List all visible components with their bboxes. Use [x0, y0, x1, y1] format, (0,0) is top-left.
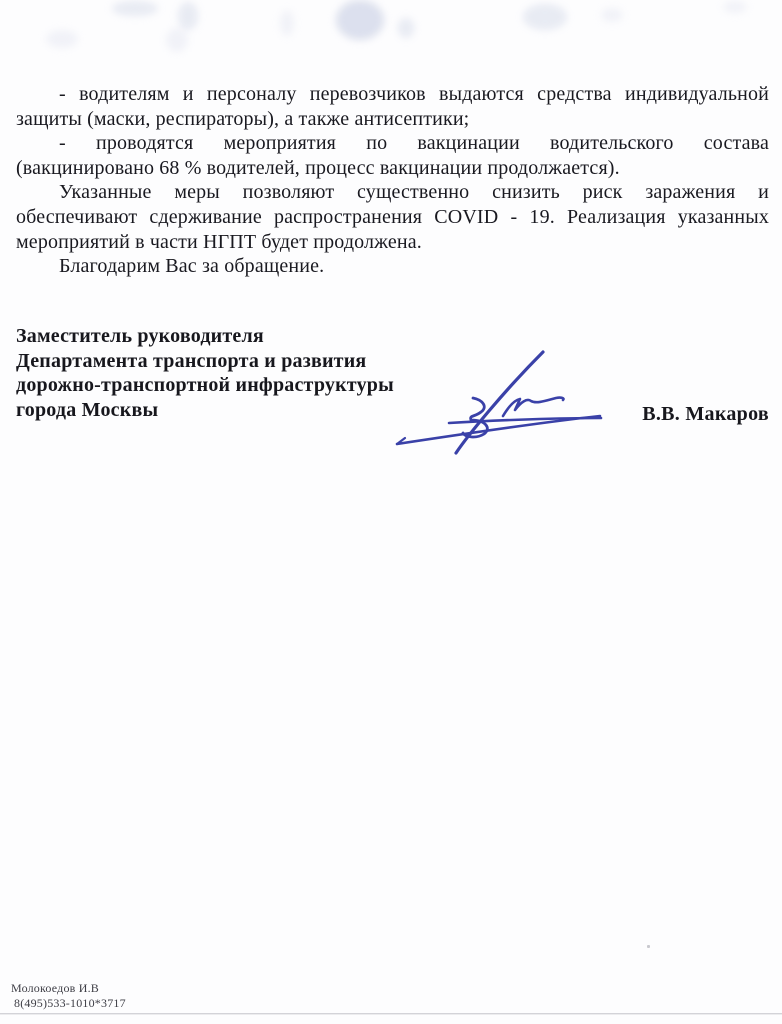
signer-title-block: Заместитель руководителя Департамента тр… [16, 324, 446, 422]
body-line: Благодарим Вас за обращение. [16, 254, 769, 279]
scan-artifact [46, 30, 78, 48]
handwritten-signature-icon [393, 340, 611, 462]
signer-title-line: города Москвы [16, 398, 446, 423]
body-line: обеспечивают сдерживание распространения… [16, 205, 769, 230]
scan-artifact [112, 1, 158, 16]
scan-artifact [398, 18, 414, 38]
body-line: - водителям и персоналу перевозчиков выд… [16, 82, 769, 107]
executor-phone: 8(495)533-1010*3717 [11, 996, 126, 1011]
scan-speck [647, 945, 650, 948]
body-line: Указанные меры позволяют существенно сни… [16, 180, 769, 205]
executor-name: Молокоедов И.В [11, 981, 126, 996]
body-line: (вакцинировано 68 % водителей, процесс в… [16, 156, 769, 181]
paragraph: - водителям и персоналу перевозчиков выд… [16, 82, 769, 131]
paragraph: Указанные меры позволяют существенно сни… [16, 180, 769, 254]
page-edge-line [0, 1013, 782, 1014]
paragraph: - проводятся мероприятия по вакцинации в… [16, 131, 769, 180]
scan-artifact [601, 8, 623, 22]
signer-title-line: дорожно-транспортной инфраструктуры [16, 373, 446, 398]
paragraph: Благодарим Вас за обращение. [16, 254, 769, 279]
body-line: - проводятся мероприятия по вакцинации в… [16, 131, 769, 156]
scan-artifact [723, 1, 747, 13]
letter-body: - водителям и персоналу перевозчиков выд… [16, 82, 769, 279]
scan-artifact [523, 4, 567, 30]
scan-artifact [280, 10, 294, 36]
scanned-letter-page: - водителям и персоналу перевозчиков выд… [0, 0, 782, 1024]
scan-artifact [336, 0, 384, 40]
signer-title-line: Департамента транспорта и развития [16, 349, 446, 374]
letter-footer: Молокоедов И.В 8(495)533-1010*3717 [11, 981, 126, 1011]
body-line: защиты (маски, респираторы), а также ант… [16, 107, 769, 132]
scan-artifact [166, 28, 188, 52]
body-line: мероприятий в части НГПТ будет продолжен… [16, 230, 769, 255]
signer-name: В.В. Макаров [642, 403, 769, 426]
scan-artifact [178, 2, 198, 30]
signer-title-line: Заместитель руководителя [16, 324, 446, 349]
